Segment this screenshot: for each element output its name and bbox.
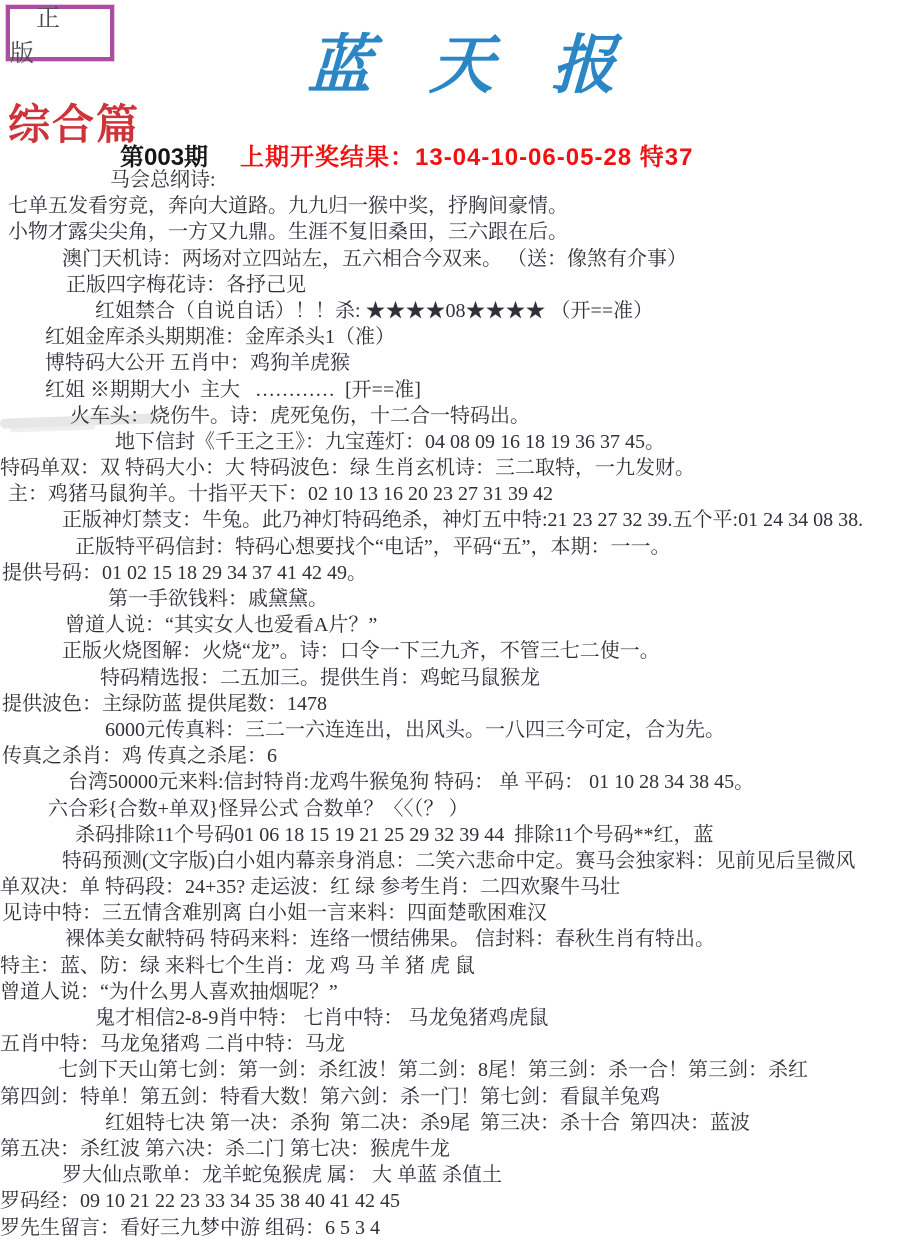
text-line: 裸体美女献特码 特码来料：连络一惯结佛果。 信封料：春秋生肖有特出。 [0,926,900,952]
text-line: 火车头：烧伤牛。诗：虎死兔伤，十二合一特码出。 [0,403,900,429]
text-line: 罗码经：09 10 21 22 23 33 34 35 38 40 41 42 … [0,1188,900,1214]
text-line: 台湾50000元来料:信封特肖:龙鸡牛猴兔狗 特码： 单 平码： 01 10 2… [0,769,900,795]
issue-row: 第003期 上期开奖结果：13-04-10-06-05-28 特37 [0,137,900,167]
text-line: 6000元传真料：三二一六连连出，出风头。一八四三今可定，合为先。 [0,717,900,743]
authentic-badge: 正版 [6,5,114,61]
text-line: 罗大仙点歌单：龙羊蛇兔猴虎 属： 大 单蓝 杀值土 [0,1162,900,1188]
text-line: 罗先生留言：看好三九梦中游 组码：6 5 3 4 [0,1215,900,1241]
text-line: 五肖中特：马龙兔猪鸡 二肖中特：马龙 [0,1031,900,1057]
newspaper-page: 正版 蓝天报 综合篇 第003期 上期开奖结果：13-04-10-06-05-2… [0,0,900,1243]
authentic-badge-label: 正版 [10,0,110,68]
text-line: 正版火烧图解：火烧“龙”。诗：口令一下三九齐，不管三七二使一。 [0,638,900,664]
text-line: 特码精选报：二五加三。提供生肖：鸡蛇马鼠猴龙 [0,665,900,691]
text-line: 提供波色：主绿防蓝 提供尾数：1478 [0,691,900,717]
text-line: 曾道人说：“其实女人也爱看A片？” [0,612,900,638]
text-line: 七单五发看穷竞，奔向大道路。九九归一猴中奖，抒胸间豪情。 [0,193,900,219]
text-line: 主：鸡猪马鼠狗羊。十指平天下：02 10 13 16 20 23 27 31 3… [0,481,900,507]
text-line: 澳门天机诗：两场对立四站左，五六相合今双来。 （送：像煞有介事） [0,246,900,272]
text-line: 六合彩{合数+单双}怪异公式 合数单？〈〈（？ ） [0,796,900,822]
text-line: 单双决：单 特码段：24+35? 走运波：红 绿 参考生肖：二四欢聚牛马壮 [0,874,900,900]
text-line: 红姐金库杀头期期准：金库杀头1（准） [0,324,900,350]
text-line: 第四剑：特单！第五剑：特看大数！第六剑：杀一门！第七剑：看鼠羊兔鸡 [0,1084,900,1110]
text-line: 马会总纲诗: [0,167,900,193]
text-line: 特主：蓝、防：绿 来料七个生肖：龙 鸡 马 羊 猪 虎 鼠 [0,953,900,979]
text-line: 正版特平码信封：特码心想要找个“电话”，平码“五”，本期：一一。 [0,534,900,560]
text-line: 正版四字梅花诗：各抒己见 [0,272,900,298]
text-line: 第五决：杀红波 第六决：杀二门 第七决：猴虎牛龙 [0,1136,900,1162]
text-line: 提供号码：01 02 15 18 29 34 37 41 42 49。 [0,560,900,586]
text-line: 曾道人说：“为什么男人喜欢抽烟呢？” [0,979,900,1005]
text-line: 红姐特七决 第一决：杀狗 第二决：杀9尾 第三决：杀十合 第四决：蓝波 [0,1110,900,1136]
text-line: 特码单双：双 特码大小：大 特码波色：绿 生肖玄机诗：三二取特，一九发财。 [0,455,900,481]
text-line: 博特码大公开 五肖中：鸡狗羊虎猴 [0,350,900,376]
text-line: 红姐禁合（自说自话）！！杀: ★★★★08★★★★ （开==准） [0,298,900,324]
text-line: 地下信封《千王之王》：九宝莲灯：04 08 09 16 18 19 36 37 … [0,429,900,455]
text-line: 正版神灯禁支：牛兔。此乃神灯特码绝杀，神灯五中特:21 23 27 32 39.… [0,507,900,533]
text-line: 传真之杀肖：鸡 传真之杀尾：6 [0,743,900,769]
text-line: 小物才露尖尖角，一方又九鼎。生涯不复旧桑田，三六跟在后。 [0,219,900,245]
page-title: 蓝天报 [306,14,675,106]
text-line: 鬼才相信2-8-9肖中特： 七肖中特： 马龙兔猪鸡虎鼠 [0,1005,900,1031]
text-line: 第一手欲钱料：戚黛黛。 [0,586,900,612]
text-line: 红姐 ※期期大小 主大 ………… [开==准] [0,377,900,403]
text-line: 杀码排除11个号码01 06 18 15 19 21 25 29 32 39 4… [0,822,900,848]
text-line: 特码预测(文字版)白小姐内幕亲身消息：二笑六悲命中定。赛马会独家料：见前见后呈微… [0,848,900,874]
body-lines: 马会总纲诗:七单五发看穷竞，奔向大道路。九九归一猴中奖，抒胸间豪情。小物才露尖尖… [0,167,900,1241]
text-line: 见诗中特：三五情含难别离 白小姐一言来料：四面楚歌困难汉 [0,900,900,926]
text-line: 七剑下天山第七剑：第一剑：杀红波！第二剑：8尾！第三剑：杀一合！第三剑：杀红 [0,1057,900,1083]
